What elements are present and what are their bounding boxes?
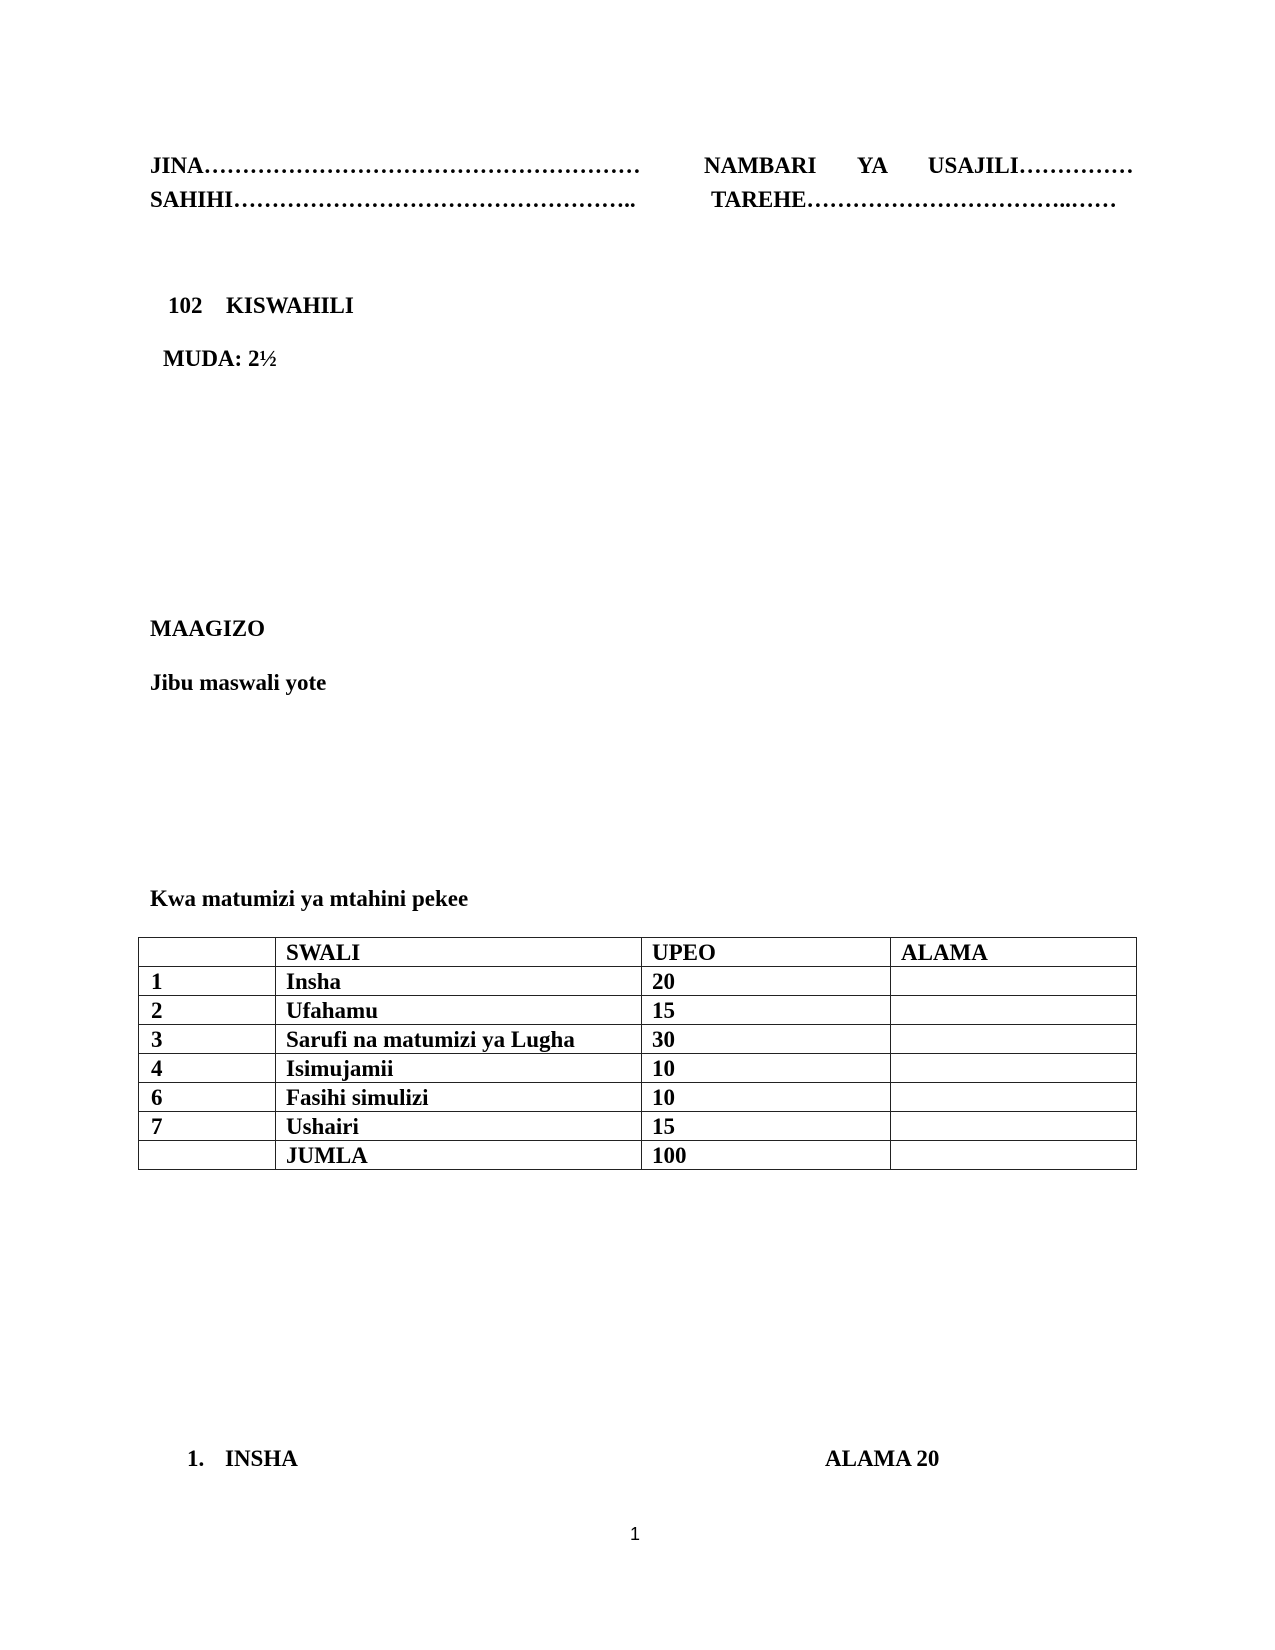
table-cell: 4 <box>139 1054 276 1083</box>
table-row: 1Insha20 <box>139 967 1137 996</box>
table-row: JUMLA100 <box>139 1141 1137 1170</box>
marks-table: SWALI UPEO ALAMA 1Insha202Ufahamu153Saru… <box>138 937 1137 1170</box>
table-row: 2Ufahamu15 <box>139 996 1137 1025</box>
table-header-row: SWALI UPEO ALAMA <box>139 938 1137 967</box>
table-cell <box>139 1141 276 1170</box>
table-row: 6Fasihi simulizi10 <box>139 1083 1137 1112</box>
table-cell: 6 <box>139 1083 276 1112</box>
table-cell: 10 <box>642 1083 891 1112</box>
page-number: 1 <box>630 1520 640 1548</box>
question-title: INSHA <box>225 1445 298 1473</box>
table-cell: 1 <box>139 967 276 996</box>
question-marks: ALAMA 20 <box>825 1445 939 1473</box>
table-row: 7Ushairi15 <box>139 1112 1137 1141</box>
table-cell: Isimujamii <box>276 1054 642 1083</box>
table-cell: Sarufi na matumizi ya Lugha <box>276 1025 642 1054</box>
table-header-cell: UPEO <box>642 938 891 967</box>
table-cell: 100 <box>642 1141 891 1170</box>
table-cell: Ushairi <box>276 1112 642 1141</box>
table-cell: 10 <box>642 1054 891 1083</box>
marks-entry-cell[interactable] <box>891 1112 1137 1141</box>
date-field: TAREHE……………………………..…… <box>711 186 1117 214</box>
instructions-text: Jibu maswali yote <box>150 669 326 697</box>
table-header-cell: SWALI <box>276 938 642 967</box>
table-cell: Insha <box>276 967 642 996</box>
table-row: 3Sarufi na matumizi ya Lugha30 <box>139 1025 1137 1054</box>
table-cell: JUMLA <box>276 1141 642 1170</box>
table-cell: 3 <box>139 1025 276 1054</box>
marks-entry-cell[interactable] <box>891 1025 1137 1054</box>
registration-number-field: NAMBARI YA USAJILI…………… <box>704 152 1134 180</box>
marks-table-title: Kwa matumizi ya mtahini pekee <box>150 885 468 913</box>
instructions-title: MAAGIZO <box>150 615 265 643</box>
signature-field: SAHIHI…………………………………………….. <box>150 186 636 214</box>
table-cell: 30 <box>642 1025 891 1054</box>
table-cell: Ufahamu <box>276 996 642 1025</box>
marks-entry-cell[interactable] <box>891 1083 1137 1112</box>
name-field: JINA………………………………………………… <box>150 152 641 180</box>
table-cell: 2 <box>139 996 276 1025</box>
table-header-cell: ALAMA <box>891 938 1137 967</box>
table-cell: 15 <box>642 996 891 1025</box>
table-header-cell <box>139 938 276 967</box>
marks-entry-cell[interactable] <box>891 1141 1137 1170</box>
exam-subject: 102 KISWAHILI <box>168 292 354 320</box>
table-cell: 7 <box>139 1112 276 1141</box>
question-number: 1. <box>187 1445 204 1473</box>
marks-entry-cell[interactable] <box>891 996 1137 1025</box>
table-cell: 15 <box>642 1112 891 1141</box>
table-row: 4Isimujamii10 <box>139 1054 1137 1083</box>
marks-entry-cell[interactable] <box>891 1054 1137 1083</box>
table-cell: Fasihi simulizi <box>276 1083 642 1112</box>
table-cell: 20 <box>642 967 891 996</box>
exam-duration: MUDA: 2½ <box>163 345 277 373</box>
marks-entry-cell[interactable] <box>891 967 1137 996</box>
